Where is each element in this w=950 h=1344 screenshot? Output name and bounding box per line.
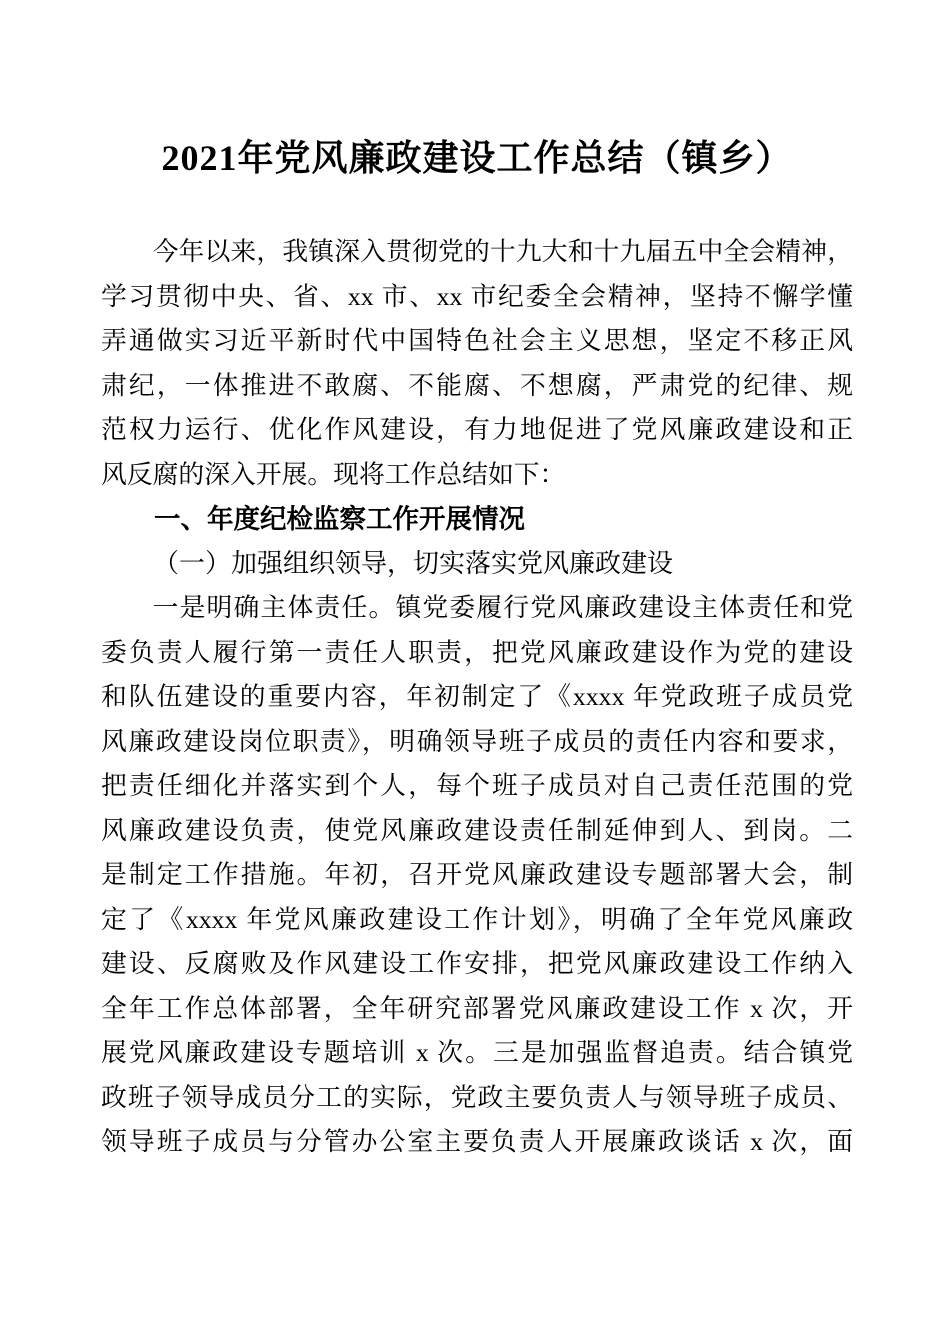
document-body: 今年以来，我镇深入贯彻党的十九大和十九届五中全会精神，学习贯彻中央、省、xx 市… — [101, 230, 853, 1165]
text-line: 展党风廉政建设专题培训 x 次。三是加强监督追责。结合镇党 — [101, 1031, 853, 1076]
document-page: 2021年党风廉政建设工作总结（镇乡） 今年以来，我镇深入贯彻党的十九大和十九届… — [0, 0, 950, 1344]
text-line: 是制定工作措施。年初，召开党风廉政建设专题部署大会，制 — [101, 853, 853, 898]
text-line: 肃纪，一体推进不敢腐、不能腐、不想腐，严肃党的纪律、规 — [101, 364, 853, 409]
heading2: （一）加强组织领导，切实落实党风廉政建设 — [101, 542, 853, 587]
text-line: 委负责人履行第一责任人职责，把党风廉政建设作为党的建设 — [101, 631, 853, 676]
document-title: 2021年党风廉政建设工作总结（镇乡） — [101, 132, 853, 184]
text-line: 范权力运行、优化作风建设，有力地促进了党风廉政建设和正 — [101, 408, 853, 453]
text-line: 风廉政建设负责，使党风廉政建设责任制延伸到人、到岗。二 — [101, 809, 853, 854]
text-line: 建设、反腐败及作风建设工作安排，把党风廉政建设工作纳入 — [101, 942, 853, 987]
heading1: 一、年度纪检监察工作开展情况 — [101, 497, 853, 542]
text-line: 风廉政建设岗位职责》，明确领导班子成员的责任内容和要求， — [101, 720, 853, 765]
paragraph: 一是明确主体责任。镇党委履行党风廉政建设主体责任和党委负责人履行第一责任人职责，… — [101, 586, 853, 1165]
text-line: 弄通做实习近平新时代中国特色社会主义思想，坚定不移正风 — [101, 319, 853, 364]
text-line: 定了《xxxx 年党风廉政建设工作计划》，明确了全年党风廉政 — [101, 898, 853, 943]
text-line: 全年工作总体部署，全年研究部署党风廉政建设工作 x 次，开 — [101, 987, 853, 1032]
text-line: 一是明确主体责任。镇党委履行党风廉政建设主体责任和党 — [101, 586, 853, 631]
text-line: 一、年度纪检监察工作开展情况 — [101, 497, 853, 542]
document-text-area: 2021年党风廉政建设工作总结（镇乡） 今年以来，我镇深入贯彻党的十九大和十九届… — [101, 0, 853, 1165]
text-line: 风反腐的深入开展。现将工作总结如下： — [101, 453, 853, 498]
text-line: 政班子领导成员分工的实际，党政主要负责人与领导班子成员、 — [101, 1076, 853, 1121]
paragraph: 今年以来，我镇深入贯彻党的十九大和十九届五中全会精神，学习贯彻中央、省、xx 市… — [101, 230, 853, 497]
text-line: （一）加强组织领导，切实落实党风廉政建设 — [101, 542, 853, 587]
text-line: 领导班子成员与分管办公室主要负责人开展廉政谈话 x 次，面 — [101, 1120, 853, 1165]
text-line: 把责任细化并落实到个人，每个班子成员对自己责任范围的党 — [101, 764, 853, 809]
text-line: 学习贯彻中央、省、xx 市、xx 市纪委全会精神，坚持不懈学懂 — [101, 275, 853, 320]
text-line: 今年以来，我镇深入贯彻党的十九大和十九届五中全会精神， — [101, 230, 853, 275]
text-line: 和队伍建设的重要内容，年初制定了《xxxx 年党政班子成员党 — [101, 675, 853, 720]
